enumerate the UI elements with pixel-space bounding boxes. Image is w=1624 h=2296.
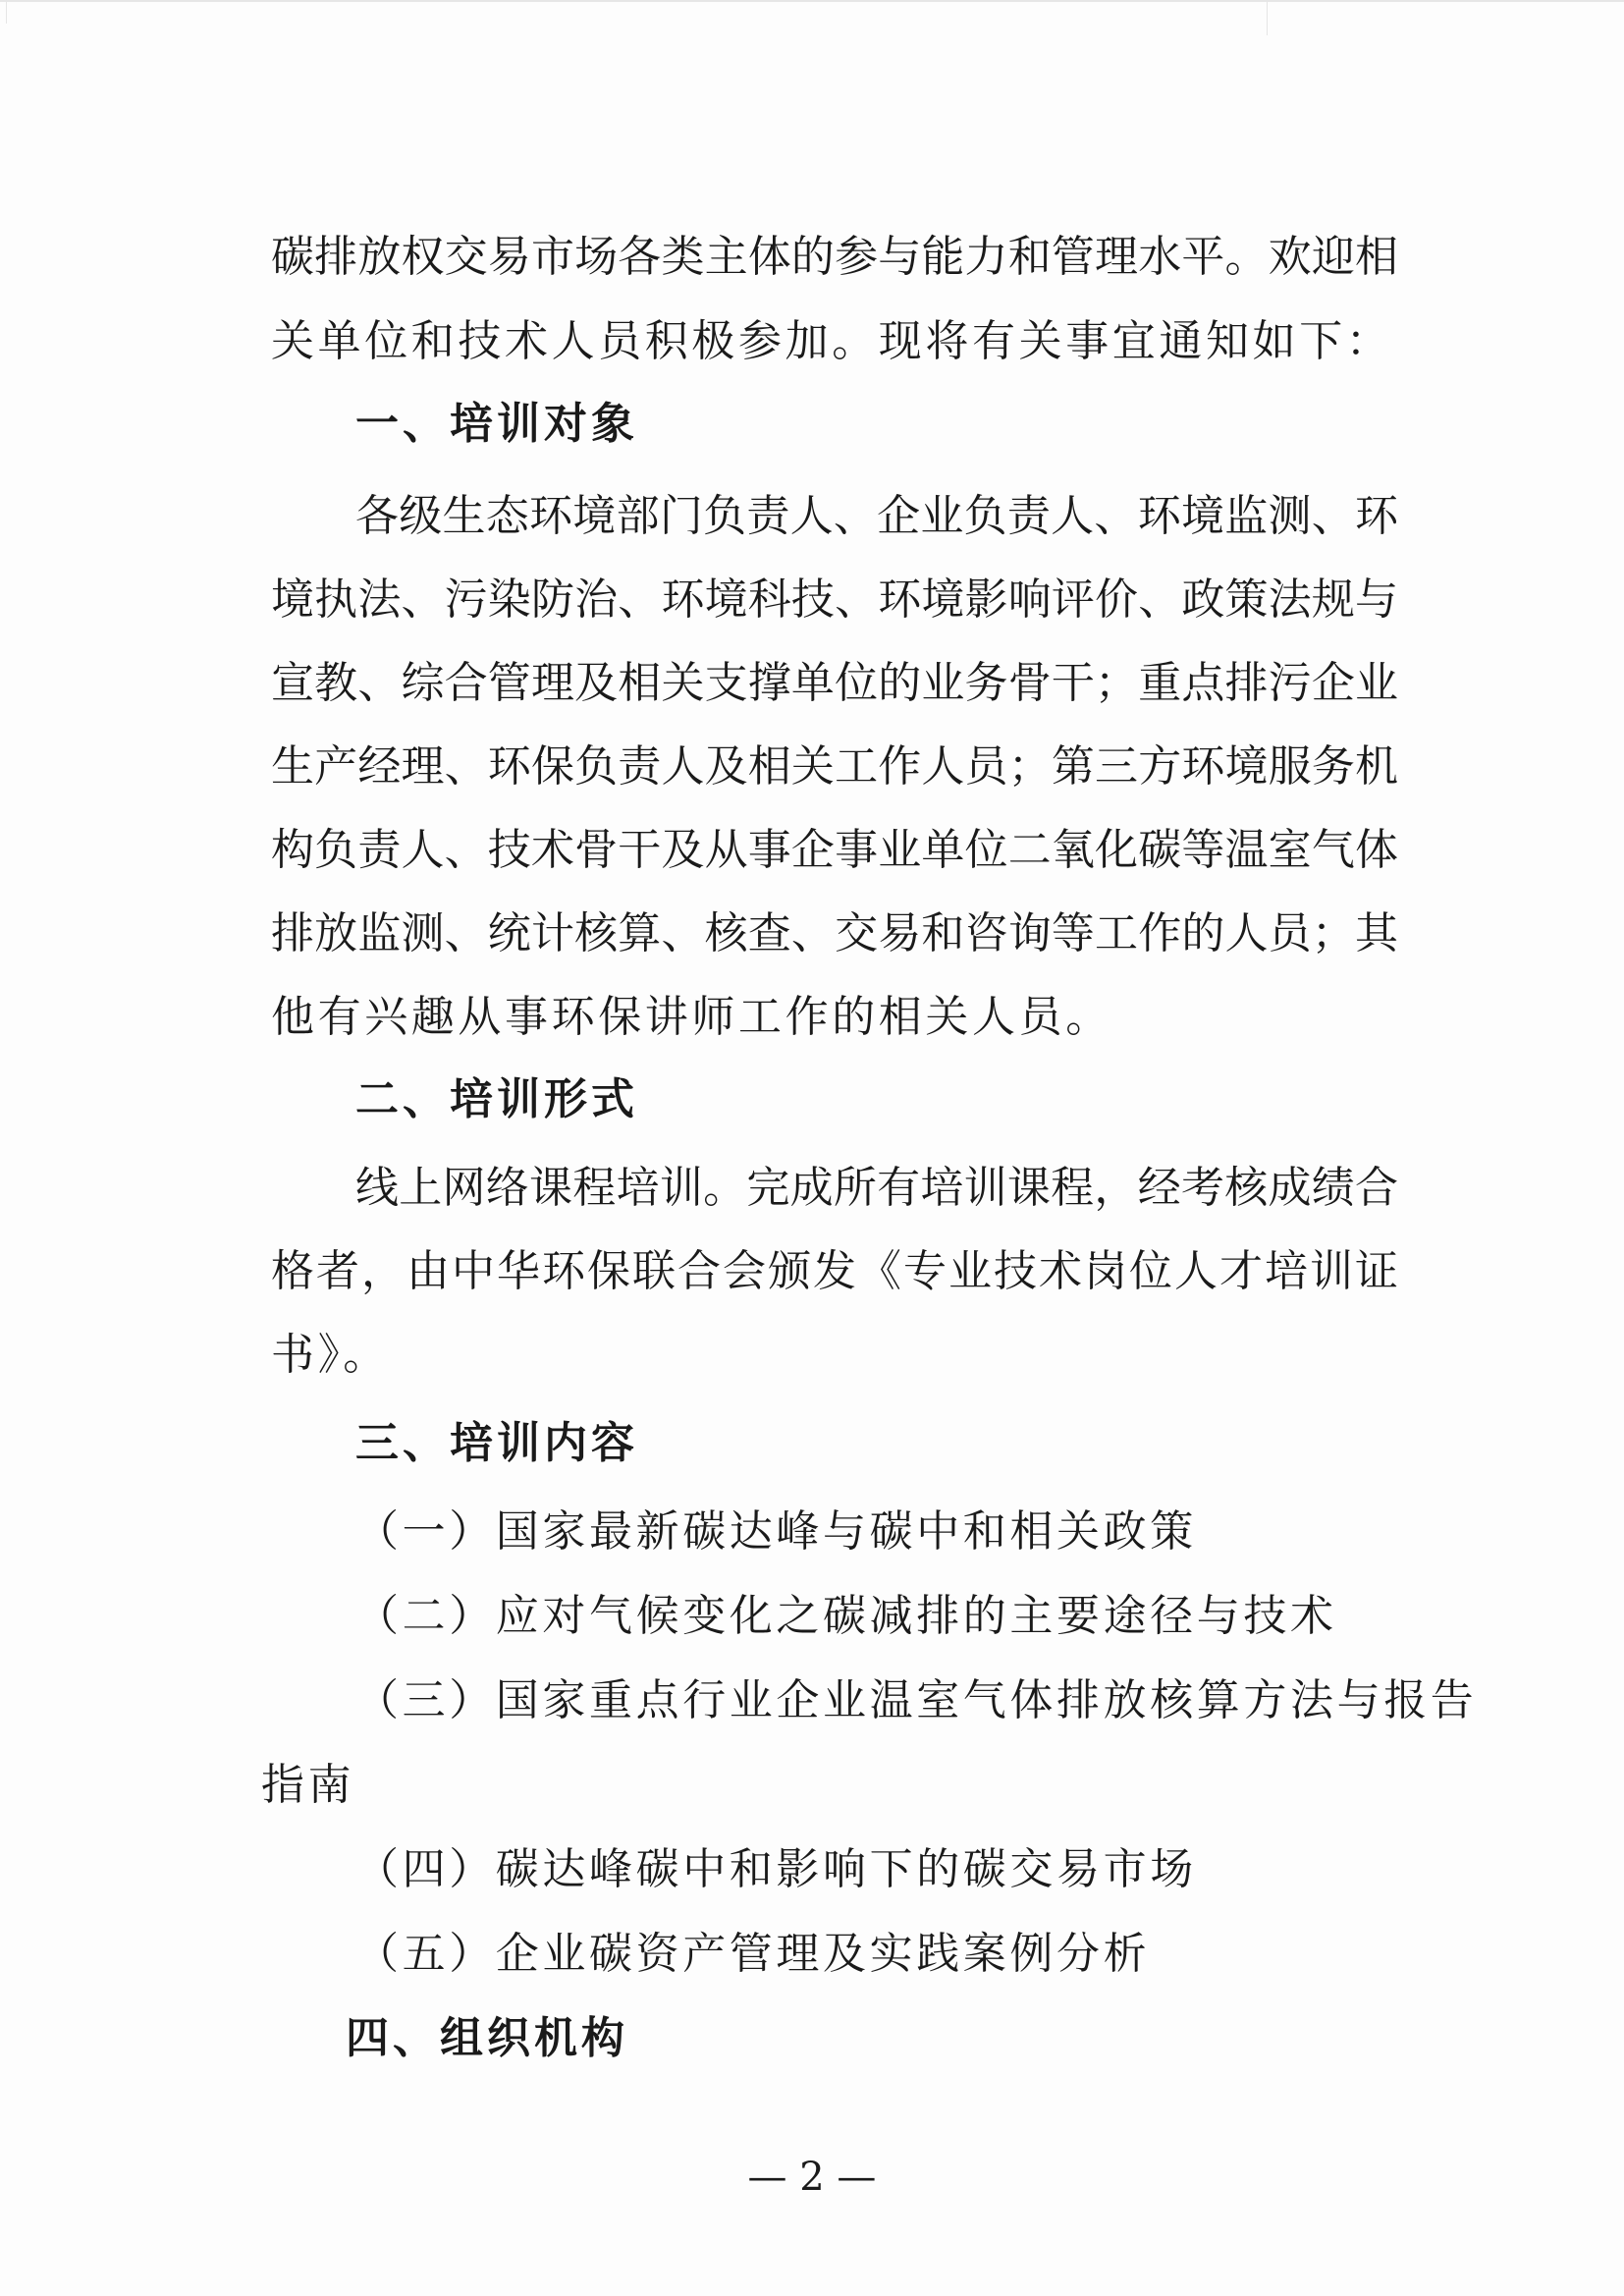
section1-line-6: 排放监测、统计核算、核查、交易和咨询等工作的人员；其 [271,904,1398,963]
document-page: 碳排放权交易市场各类主体的参与能力和管理水平。欢迎相 关单位和技术人员积极参加。… [0,0,1624,2296]
section2-line-1: 线上网络课程培训。完成所有培训课程，经考核成绩合 [355,1159,1398,1218]
content-item-4: （四）碳达峰碳中和影响下的碳交易市场 [355,1840,1483,1899]
intro-line-1: 碳排放权交易市场各类主体的参与能力和管理水平。欢迎相 [271,228,1398,287]
section1-line-2: 境执法、污染防治、环境科技、环境影响评价、政策法规与 [271,571,1398,629]
section-heading-2: 二、培训形式 [355,1070,1398,1129]
scan-artifact-right [1267,0,1268,35]
content-item-1: （一）国家最新碳达峰与碳中和相关政策 [355,1503,1483,1561]
section2-line-3: 书》。 [271,1326,1398,1385]
scan-edge-top [0,0,1624,2]
section-heading-1: 一、培训对象 [355,395,1398,454]
content-item-5: （五）企业碳资产管理及实践案例分析 [355,1925,1483,1984]
section1-line-5: 构负责人、技术骨干及从事企事业单位二氧化碳等温室气体 [271,821,1398,880]
section1-line-7: 他有兴趣从事环保讲师工作的相关人员。 [271,988,1398,1047]
content-item-2: （二）应对气候变化之碳减排的主要途径与技术 [355,1587,1483,1646]
scan-artifact-left [6,0,7,24]
page-number: — 2 — [0,2153,1624,2202]
content-item-3-continuation: 指南 [261,1756,1388,1815]
section1-line-3: 宣教、综合管理及相关支撑单位的业务骨干；重点排污企业 [271,654,1398,713]
section2-line-2: 格者，由中华环保联合会颁发《专业技术岗位人才培训证 [271,1242,1398,1301]
content-item-3: （三）国家重点行业企业温室气体排放核算方法与报告 [355,1671,1483,1730]
section-heading-3: 三、培训内容 [355,1414,1398,1473]
section1-line-4: 生产经理、环保负责人及相关工作人员；第三方环境服务机 [271,738,1398,796]
intro-line-2: 关单位和技术人员积极参加。现将有关事宜通知如下： [271,312,1398,371]
section-heading-4: 四、组织机构 [346,2009,1473,2068]
section1-line-1: 各级生态环境部门负责人、企业负责人、环境监测、环 [355,487,1398,546]
